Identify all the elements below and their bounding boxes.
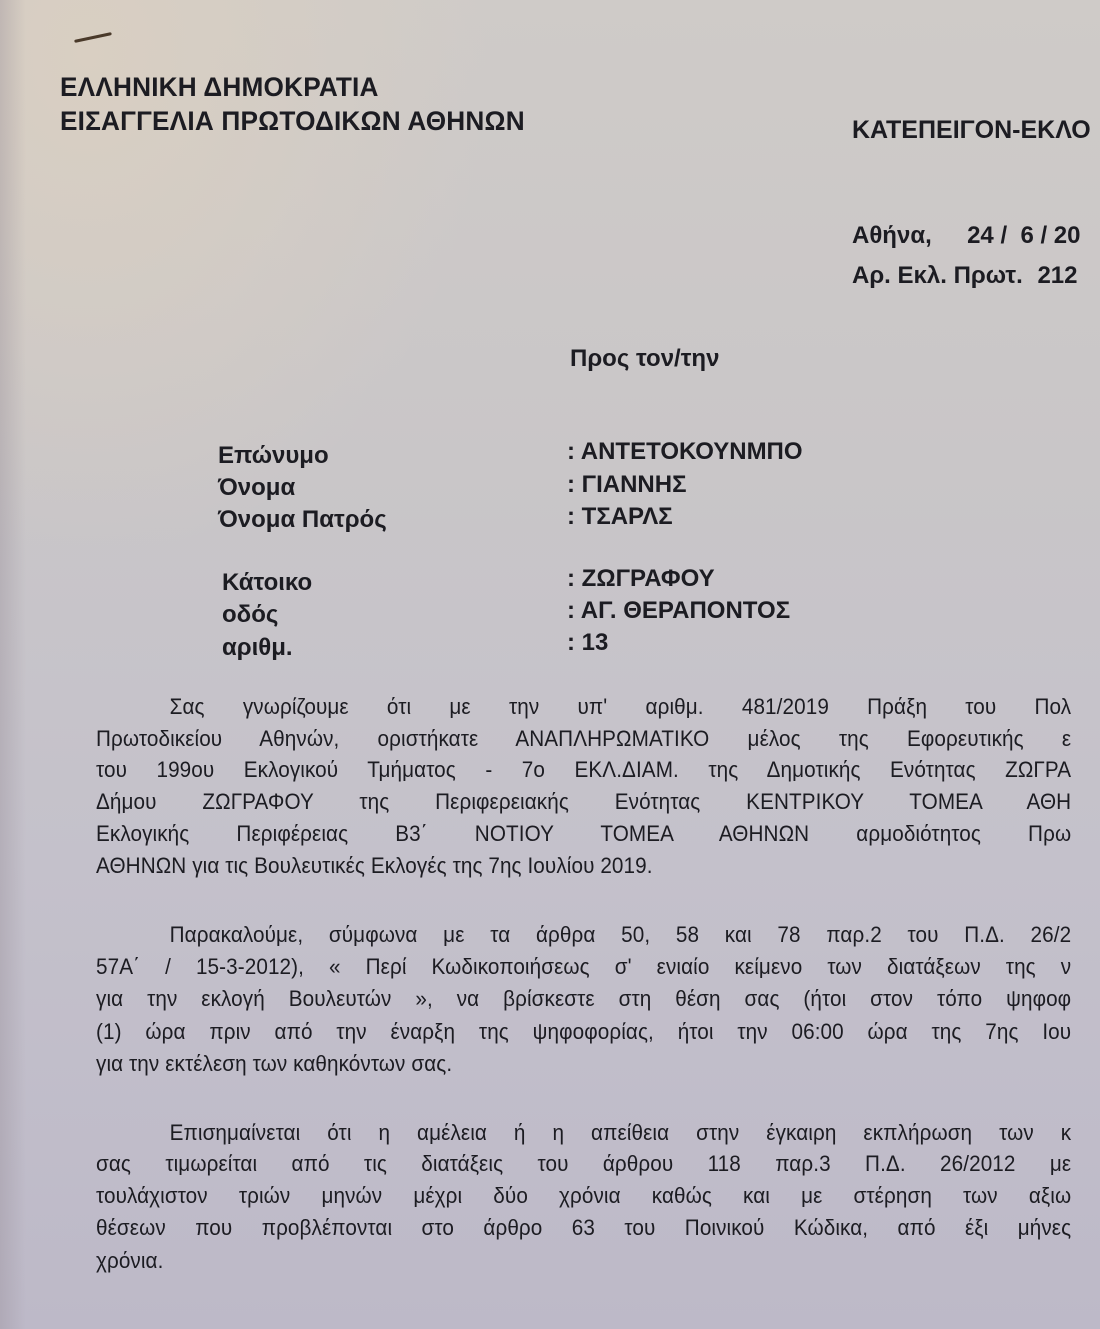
- field-label-number: αριθμ.: [222, 634, 293, 662]
- paragraph-line: (1) ώρα πριν από την έναρξη της ψηφοφορί…: [96, 1019, 1071, 1045]
- field-value-father-name: : ΤΣΑΡΛΣ: [567, 503, 673, 531]
- field-label-surname: Επώνυμο: [218, 442, 329, 470]
- paragraph-line: Εκλογικής Περιφέρειας Β3΄ ΝΟΤΙΟΥ ΤΟΜΕΑ Α…: [96, 821, 1071, 847]
- paragraph-line: Επισημαίνεται ότι η αμέλεια ή η απείθεια…: [96, 1120, 1071, 1146]
- urgent-label: ΚΑΤΕΠΕΙΓΟΝ-ΕΚΛΟ: [852, 116, 1091, 145]
- country-heading: ΕΛΛΗΝΙΚΗ ΔΗΜΟΚΡΑΤΙΑ: [60, 72, 379, 103]
- paragraph-line: του 199ου Εκλογικού Τμήματος - 7ο ΕΚΛ.ΔΙ…: [96, 757, 1071, 783]
- field-label-father-name: Όνομα Πατρός: [218, 506, 387, 534]
- field-label-name: Όνομα: [218, 474, 295, 502]
- pen-mark: [74, 32, 112, 43]
- protocol-number: 212: [1037, 262, 1077, 289]
- place-label: Αθήνα,: [852, 222, 932, 249]
- paragraph-line: Παρακαλούμε, σύμφωνα με τα άρθρα 50, 58 …: [96, 922, 1071, 948]
- authority-heading: ΕΙΣΑΓΓΕΛΙΑ ΠΡΩΤΟΔΙΚΩΝ ΑΘΗΝΩΝ: [60, 106, 525, 137]
- field-value-street: : ΑΓ. ΘΕΡΑΠΟΝΤΟΣ: [567, 597, 790, 625]
- date-value: 24 / 6 / 20: [967, 222, 1080, 249]
- paragraph-line: 57Α΄ / 15-3-2012), « Περί Κωδικοποιήσεως…: [96, 954, 1071, 980]
- paper-edge-shadow: [0, 0, 26, 1329]
- paragraph-line: Δήμου ΖΩΓΡΑΦΟΥ της Περιφερειακής Ενότητα…: [96, 789, 1071, 815]
- field-value-surname: : ΑΝΤΕΤΟΚΟΥΝΜΠΟ: [567, 438, 803, 466]
- paragraph-line: σας τιμωρείται από τις διατάξεις του άρθ…: [96, 1151, 1071, 1177]
- protocol-label: Αρ. Εκλ. Πρωτ.: [852, 262, 1023, 289]
- field-value-name: : ΓΙΑΝΝΗΣ: [567, 471, 686, 499]
- paragraph-line: Πρωτοδικείου Αθηνών, οριστήκατε ΑΝΑΠΛΗΡΩ…: [96, 726, 1071, 752]
- protocol-line: Αρ. Εκλ. Πρωτ. 212: [852, 262, 1077, 290]
- field-label-street: οδός: [222, 601, 278, 629]
- paragraph-line: Σας γνωρίζουμε ότι με την υπ' αριθμ. 481…: [96, 694, 1071, 720]
- paragraph-line: ΑΘΗΝΩΝ για τις Βουλευτικές Εκλογές της 7…: [96, 853, 1071, 879]
- recipient-heading: Προς τον/την: [570, 345, 719, 373]
- paragraph-line: για την εκλογή Βουλευτών », να βρίσκεστε…: [96, 986, 1071, 1012]
- date-line: Αθήνα, 24 / 6 / 20: [852, 222, 1081, 250]
- field-value-number: : 13: [567, 629, 608, 657]
- field-label-residence: Κάτοικο: [222, 569, 312, 597]
- paragraph-line: τουλάχιστον τριών μηνών μέχρι δύο χρόνια…: [96, 1183, 1071, 1209]
- paragraph-line: θέσεων που προβλέπονται στο άρθρο 63 του…: [96, 1215, 1071, 1241]
- field-value-residence: : ΖΩΓΡΑΦΟΥ: [567, 565, 715, 593]
- paragraph-line: για την εκτέλεση των καθηκόντων σας.: [96, 1051, 1071, 1077]
- paragraph-line: χρόνια.: [96, 1248, 1071, 1274]
